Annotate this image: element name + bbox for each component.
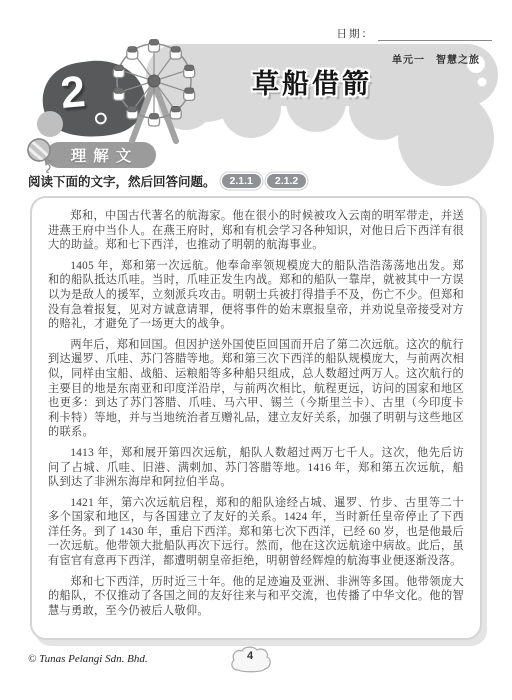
unit-badge: 单元一 智慧之旅 [392, 51, 480, 66]
page-number: 4 [228, 650, 272, 662]
balloon-icon [25, 137, 59, 173]
copyright-text: © Tunas Pelangi Sdn. Bhd. [28, 653, 148, 665]
passage-paragraph: 1413 年，郑和展开第四次远航，船队人数超过两万七千人。这次，他先后访问了占城… [48, 446, 464, 490]
section-pill: 理解文 [46, 142, 156, 168]
banner-dot-small [478, 78, 487, 87]
section-label: 理解文 [64, 144, 139, 166]
date-row: 日期： [337, 26, 493, 41]
passage-paragraph: 1405 年，郑和第一次远航。他奉命率领规模庞大的船队浩浩荡荡地出发。郑和的船队… [48, 259, 464, 332]
passage-paragraph: 1421 年，第六次远航启程，郑和的船队途经占城、暹罗、竹步、古里等二十多个国家… [48, 496, 464, 569]
ferris-wheel-icon [100, 33, 206, 145]
standard-code-badge: 2.1.1 [222, 174, 261, 189]
passage-paragraph: 郑和，中国古代著名的航海家。他在很小的时候被攻入云南的明军带走，并送进燕王府中当… [48, 209, 464, 253]
passage-paragraph: 郑和七下西洋，历时近三十年。他的足迹遍及亚洲、非洲等多国。他带领庞大的船队，不仅… [48, 575, 464, 619]
instruction-row: 阅读下面的文字，然后回答问题。 2.1.1 2.1.2 [28, 172, 498, 190]
worksheet-page: 日期： 单元一 智慧之旅 草船借箭 2 [0, 0, 512, 700]
lesson-title: 草船借箭 [252, 62, 372, 101]
reading-passage-box: 郑和，中国古代著名的航海家。他在很小的时候被攻入云南的明军带走，并送进燕王府中当… [30, 196, 482, 640]
date-blank-line [378, 28, 492, 41]
passage-paragraph: 两年后，郑和回国。但因护送外国使臣回国而开启了第二次远航。这次的航行到达暹罗、爪… [48, 338, 464, 440]
date-label: 日期： [337, 26, 375, 41]
instruction-text: 阅读下面的文字，然后回答问题。 [28, 172, 216, 190]
lesson-number: 2 [52, 66, 94, 119]
standard-code-badge: 2.1.2 [267, 174, 306, 189]
